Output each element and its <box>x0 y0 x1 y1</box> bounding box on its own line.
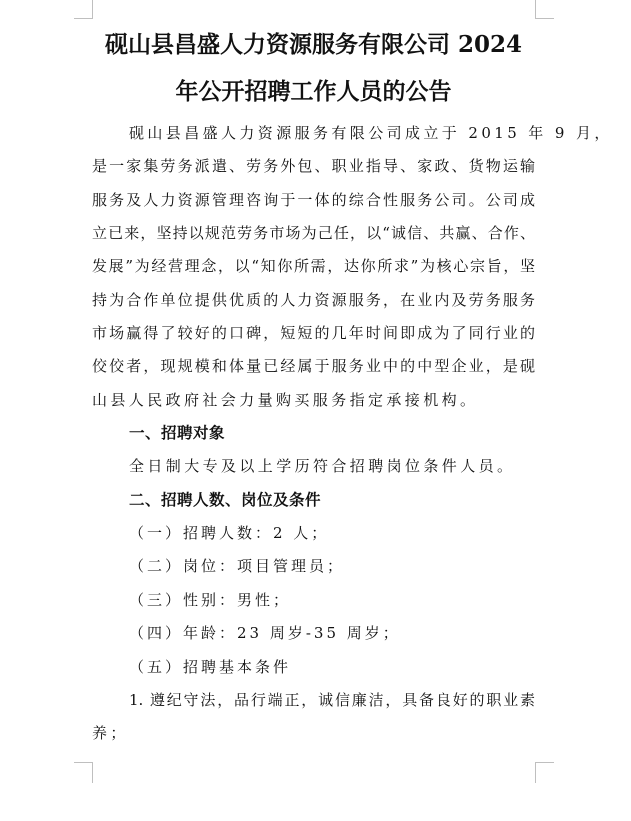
document-title-line-2: 年公开招聘工作人员的公告 <box>92 77 535 107</box>
margin-corner-mark-bottom-right <box>535 762 554 783</box>
intro-paragraph-line: 佼佼者，现规模和体量已经属于服务业中的中型企业，是砚 <box>92 350 535 383</box>
list-item-gender: （三）性别：男性； <box>92 584 535 617</box>
intro-paragraph-line: 市场赢得了较好的口碑，短短的几年时间即成为了同行业的 <box>92 317 535 350</box>
list-item-headcount: （一）招聘人数：2 人； <box>92 517 535 550</box>
section-heading-positions-and-conditions: 二、招聘人数、岗位及条件 <box>92 484 535 517</box>
section-heading-recruitment-target: 一、招聘对象 <box>92 417 535 450</box>
section-text-recruitment-target: 全日制大专及以上学历符合招聘岗位条件人员。 <box>92 450 535 483</box>
intro-paragraph-line: 持为合作单位提供优质的人力资源服务，在业内及劳务服务 <box>92 284 535 317</box>
margin-corner-mark-top-right <box>535 0 554 19</box>
document-page: 砚山县昌盛人力资源服务有限公司 2024 年公开招聘工作人员的公告 砚山县昌盛人… <box>0 0 631 821</box>
intro-paragraph-line: 是一家集劳务派遣、劳务外包、职业指导、家政、货物运输 <box>92 150 535 183</box>
list-item-age: （四）年龄：23 周岁-35 周岁； <box>92 617 535 650</box>
margin-corner-mark-top-left <box>74 0 93 19</box>
condition-line: 养； <box>92 717 535 750</box>
intro-paragraph-line: 立已来，坚持以规范劳务市场为己任，以“诚信、共赢、合作、 <box>92 217 535 250</box>
intro-paragraph-line: 服务及人力资源管理咨询于一体的综合性服务公司。公司成 <box>92 184 535 217</box>
intro-paragraph-line: 砚山县昌盛人力资源服务有限公司成立于 2015 年 9 月， <box>92 117 535 150</box>
document-title-line-1: 砚山县昌盛人力资源服务有限公司 2024 <box>92 30 535 60</box>
document-body: 砚山县昌盛人力资源服务有限公司成立于 2015 年 9 月， 是一家集劳务派遣、… <box>92 117 535 751</box>
intro-paragraph-line: 发展”为经营理念，以“知你所需，达你所求”为核心宗旨，坚 <box>92 250 535 283</box>
margin-corner-mark-bottom-left <box>74 762 93 783</box>
list-item-position: （二）岗位：项目管理员； <box>92 550 535 583</box>
list-item-basic-conditions: （五）招聘基本条件 <box>92 651 535 684</box>
condition-line: 1. 遵纪守法，品行端正，诚信廉洁，具备良好的职业素 <box>92 684 535 717</box>
intro-paragraph-line: 山县人民政府社会力量购买服务指定承接机构。 <box>92 384 535 417</box>
